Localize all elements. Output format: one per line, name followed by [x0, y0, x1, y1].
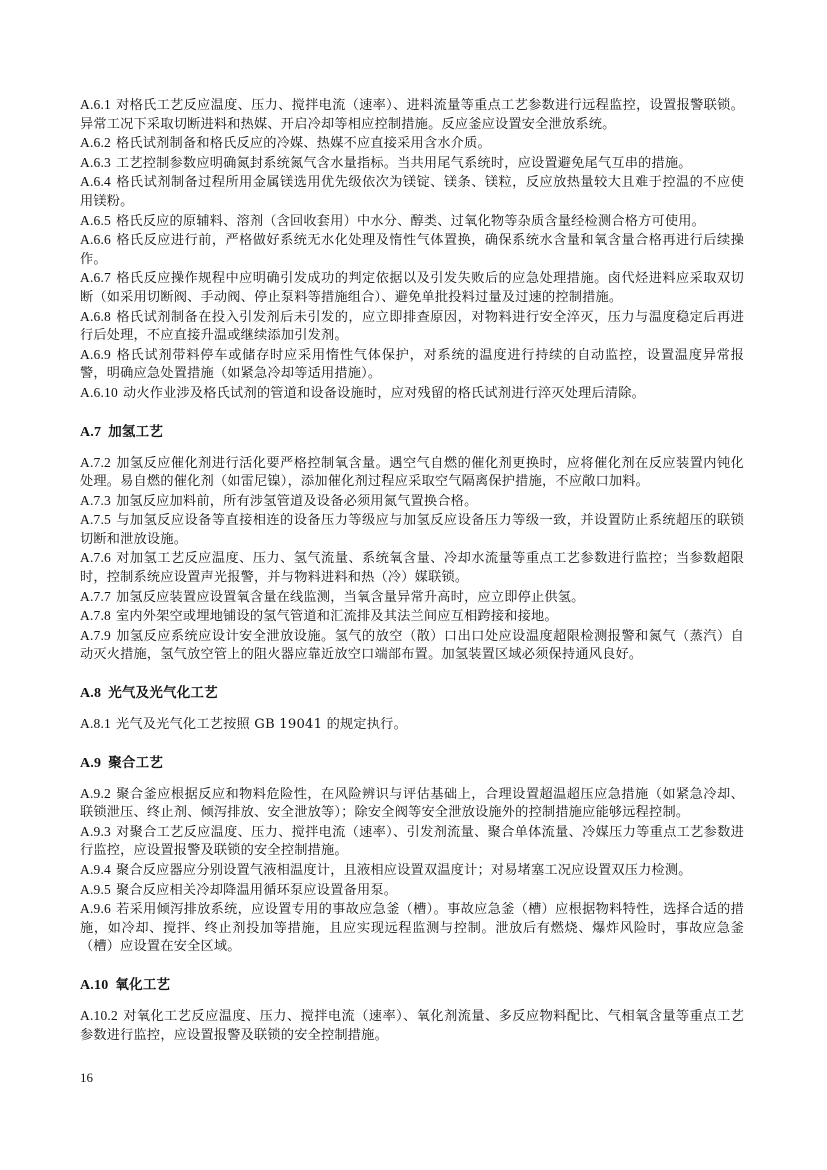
- clause-number: A.7.9: [80, 628, 111, 643]
- section-a6: A.6.1对格氏工艺反应温度、压力、搅拌电流（速率）、进料流量等重点工艺参数进行…: [80, 96, 744, 404]
- clause-a7-2: A.7.2加氢反应催化剂进行活化要严格控制氧含量。遇空气自燃的催化剂更换时，应将…: [80, 454, 744, 492]
- clause-a7-6: A.7.6对加氢工艺反应温度、压力、氢气流量、系统氧含量、冷却水流量等重点工艺参…: [80, 549, 744, 587]
- clause-number: A.7.2: [80, 455, 111, 470]
- clause-a9-3: A.9.3对聚合工艺反应温度、压力、搅拌电流（速率）、引发剂流量、聚合单体流量、…: [80, 823, 744, 861]
- clause-a6-10: A.6.10动火作业涉及格氏试剂的管道和设备设施时，应对残留的格氏试剂进行淬灭处…: [80, 384, 744, 404]
- clause-number: A.7.5: [80, 512, 111, 527]
- clause-a9-6: A.9.6若采用倾泻排放系统，应设置专用的事故应急釜（槽）。事故应急釜（槽）应根…: [80, 900, 744, 957]
- clause-number: A.9.2: [80, 786, 111, 801]
- clause-number: A.7.3: [80, 493, 111, 508]
- section-a10: A.10氧化工艺 A.10.2对氧化工艺反应温度、压力、搅拌电流（速率）、氧化剂…: [80, 976, 744, 1045]
- clause-number: A.7.7: [80, 589, 111, 604]
- clause-a9-2: A.9.2聚合釜应根据反应和物料危险性，在风险辨识与评估基础上，合理设置超温超压…: [80, 785, 744, 823]
- clause-a6-1: A.6.1对格氏工艺反应温度、压力、搅拌电流（速率）、进料流量等重点工艺参数进行…: [80, 96, 744, 134]
- clause-number: A.6.10: [80, 385, 118, 400]
- clause-text: 格氏试剂制备和格氏反应的冷媒、热媒不应直接采用含水介质。: [116, 136, 491, 151]
- clause-number: A.6.6: [80, 232, 111, 247]
- section-a7: A.7加氢工艺 A.7.2加氢反应催化剂进行活化要严格控制氧含量。遇空气自燃的催…: [80, 423, 744, 666]
- clause-number: A.6.4: [80, 174, 111, 189]
- clause-text: 动火作业涉及格氏试剂的管道和设备设施时，应对残留的格氏试剂进行淬灭处理后清除。: [123, 386, 645, 401]
- heading-title: 氧化工艺: [115, 977, 170, 993]
- heading-number: A.9: [80, 756, 101, 771]
- clause-text: 对氧化工艺反应温度、压力、搅拌电流（速率）、氧化剂流量、多反应物料配比、气相氧含…: [80, 1009, 744, 1043]
- document-page: A.6.1对格氏工艺反应温度、压力、搅拌电流（速率）、进料流量等重点工艺参数进行…: [80, 96, 744, 1045]
- clause-a9-4: A.9.4聚合反应器应分别设置气液相温度计，且液相应设置双温度计；对易堵塞工况应…: [80, 861, 744, 881]
- heading-title: 加氢工艺: [108, 424, 163, 440]
- clause-a7-8: A.7.8室内外架空或埋地铺设的氢气管道和汇流排及其法兰间应互相跨接和接地。: [80, 607, 744, 627]
- clause-text: 对格氏工艺反应温度、压力、搅拌电流（速率）、进料流量等重点工艺参数进行远程监控，…: [80, 98, 744, 132]
- clause-a6-5: A.6.5格氏反应的原辅料、溶剂（含回收套用）中水分、醇类、过氧化物等杂质含量经…: [80, 212, 744, 232]
- clause-a7-5: A.7.5与加氢反应设备等直接相连的设备压力等级应与加氢反应设备压力等级一致，并…: [80, 511, 744, 549]
- clause-number: A.10.2: [80, 1008, 118, 1023]
- clause-text: 对加氢工艺反应温度、压力、氢气流量、系统氧含量、冷却水流量等重点工艺参数进行监控…: [80, 551, 744, 585]
- clause-number: A.6.2: [80, 135, 111, 150]
- clause-text: 加氢反应加料前，所有涉氢管道及设备必须用氮气置换合格。: [116, 494, 477, 509]
- clause-number: A.9.5: [80, 882, 111, 897]
- clause-number: A.9.6: [80, 901, 111, 916]
- clause-number: A.7.8: [80, 608, 111, 623]
- clause-number: A.8.1: [80, 716, 111, 731]
- clause-number: A.7.6: [80, 550, 111, 565]
- heading-title: 聚合工艺: [108, 755, 163, 771]
- clause-a6-8: A.6.8格氏试剂制备在投入引发剂后未引发的，应立即排查原因，对物料进行安全淬灭…: [80, 308, 744, 346]
- section-a8: A.8光气及光气化工艺 A.8.1光气及光气化工艺按照 GB 19041 的规定…: [80, 684, 744, 735]
- clause-number: A.6.8: [80, 309, 111, 324]
- clause-number: A.6.7: [80, 270, 111, 285]
- section-a9: A.9聚合工艺 A.9.2聚合釜应根据反应和物料危险性，在风险辨识与评估基础上，…: [80, 754, 744, 957]
- clause-text: 格氏反应操作规程中应明确引发成功的判定依据以及引发失败后的应急处理措施。卤代烃进…: [80, 271, 744, 305]
- clause-number: A.6.9: [80, 347, 111, 362]
- clause-number: A.6.1: [80, 97, 111, 112]
- clause-text: 格氏反应的原辅料、溶剂（含回收套用）中水分、醇类、过氧化物等杂质含量经检测合格方…: [116, 214, 705, 229]
- clause-a9-5: A.9.5聚合反应相关冷却降温用循环泵应设置备用泵。: [80, 881, 744, 901]
- clause-a6-3: A.6.3工艺控制参数应明确氮封系统氮气含水量指标。当共用尾气系统时，应设置避免…: [80, 154, 744, 174]
- heading-number: A.10: [80, 978, 108, 993]
- clause-a7-9: A.7.9加氢反应系统应设计安全泄放设施。氢气的放空（散）口出口处应设温度超限检…: [80, 627, 744, 665]
- clause-text: 格氏试剂制备过程所用金属镁选用优先级依次为镁锭、镁条、镁粒，反应放热量较大且难于…: [80, 175, 744, 209]
- clause-text: 聚合反应相关冷却降温用循环泵应设置备用泵。: [116, 883, 397, 898]
- clause-number: A.9.4: [80, 862, 111, 877]
- clause-text: 加氢反应系统应设计安全泄放设施。氢气的放空（散）口出口处应设温度超限检测报警和氮…: [80, 629, 744, 663]
- section-heading: A.10氧化工艺: [80, 976, 744, 995]
- page-number: 16: [80, 1070, 93, 1086]
- clause-a7-7: A.7.7加氢反应装置应设置氧含量在线监测，当氧含量异常升高时，应立即停止供氢。: [80, 588, 744, 608]
- clause-number: A.6.3: [80, 155, 111, 170]
- clause-text: 光气及光气化工艺按照 GB 19041 的规定执行。: [116, 717, 407, 732]
- clause-text: 格氏试剂制备在投入引发剂后未引发的，应立即排查原因，对物料进行安全淬灭，压力与温…: [80, 310, 744, 344]
- clause-text: 室内外架空或埋地铺设的氢气管道和汇流排及其法兰间应互相跨接和接地。: [116, 609, 558, 624]
- clause-text: 格氏反应进行前，严格做好系统无水化处理及惰性气体置换，确保系统水含量和氧含量合格…: [80, 233, 744, 267]
- clause-a10-2: A.10.2对氧化工艺反应温度、压力、搅拌电流（速率）、氧化剂流量、多反应物料配…: [80, 1007, 744, 1045]
- clause-a6-7: A.6.7格氏反应操作规程中应明确引发成功的判定依据以及引发失败后的应急处理措施…: [80, 269, 744, 307]
- clause-text: 工艺控制参数应明确氮封系统氮气含水量指标。当共用尾气系统时，应设置避免尾气互串的…: [116, 156, 692, 171]
- heading-number: A.8: [80, 686, 101, 701]
- clause-a6-4: A.6.4格氏试剂制备过程所用金属镁选用优先级依次为镁锭、镁条、镁粒，反应放热量…: [80, 173, 744, 211]
- clause-number: A.9.3: [80, 824, 111, 839]
- clause-text: 聚合釜应根据反应和物料危险性，在风险辨识与评估基础上，合理设置超温超压应急措施（…: [80, 787, 744, 821]
- clause-text: 聚合反应器应分别设置气液相温度计，且液相应设置双温度计；对易堵塞工况应设置双压力…: [116, 863, 692, 878]
- section-heading: A.8光气及光气化工艺: [80, 684, 744, 703]
- clause-text: 若采用倾泻排放系统，应设置专用的事故应急釜（槽）。事故应急釜（槽）应根据物料特性…: [80, 902, 744, 954]
- clause-a6-2: A.6.2格氏试剂制备和格氏反应的冷媒、热媒不应直接采用含水介质。: [80, 134, 744, 154]
- clause-a6-6: A.6.6格氏反应进行前，严格做好系统无水化处理及惰性气体置换，确保系统水含量和…: [80, 231, 744, 269]
- clause-a7-3: A.7.3加氢反应加料前，所有涉氢管道及设备必须用氮气置换合格。: [80, 492, 744, 512]
- clause-text: 格氏试剂带料停车或储存时应采用惰性气体保护，对系统的温度进行持续的自动监控，设置…: [80, 348, 744, 382]
- heading-number: A.7: [80, 425, 101, 440]
- section-heading: A.9聚合工艺: [80, 754, 744, 773]
- clause-number: A.6.5: [80, 213, 111, 228]
- clause-text: 对聚合工艺反应温度、压力、搅拌电流（速率）、引发剂流量、聚合单体流量、冷媒压力等…: [80, 825, 744, 859]
- clause-text: 加氢反应装置应设置氧含量在线监测，当氧含量异常升高时，应立即停止供氢。: [116, 590, 585, 605]
- clause-a8-1: A.8.1光气及光气化工艺按照 GB 19041 的规定执行。: [80, 715, 744, 735]
- clause-text: 加氢反应催化剂进行活化要严格控制氧含量。遇空气自燃的催化剂更换时，应将催化剂在反…: [80, 456, 744, 490]
- section-heading: A.7加氢工艺: [80, 423, 744, 442]
- heading-title: 光气及光气化工艺: [108, 685, 218, 701]
- clause-text: 与加氢反应设备等直接相连的设备压力等级应与加氢反应设备压力等级一致，并设置防止系…: [80, 513, 744, 547]
- clause-a6-9: A.6.9格氏试剂带料停车或储存时应采用惰性气体保护，对系统的温度进行持续的自动…: [80, 346, 744, 384]
